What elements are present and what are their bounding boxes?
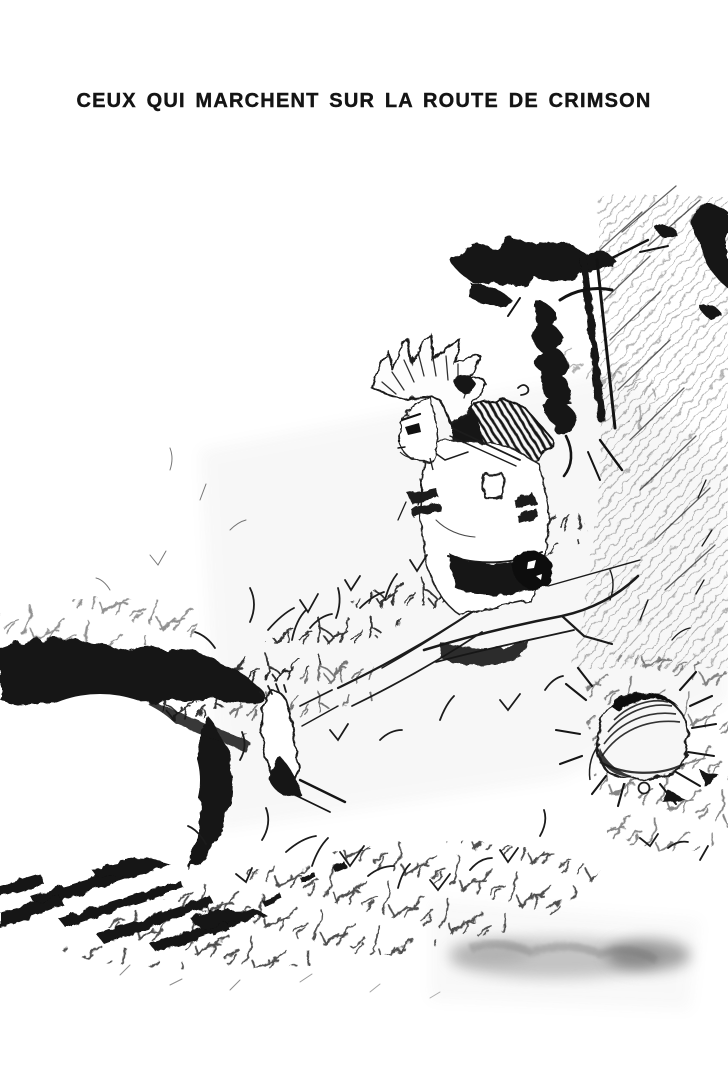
- pond-clearing: [0, 694, 200, 866]
- manga-illustration: [0, 0, 728, 1087]
- manga-page: CEUX QUI MARCHENT SUR LA ROUTE DE CRIMSO…: [0, 0, 728, 1087]
